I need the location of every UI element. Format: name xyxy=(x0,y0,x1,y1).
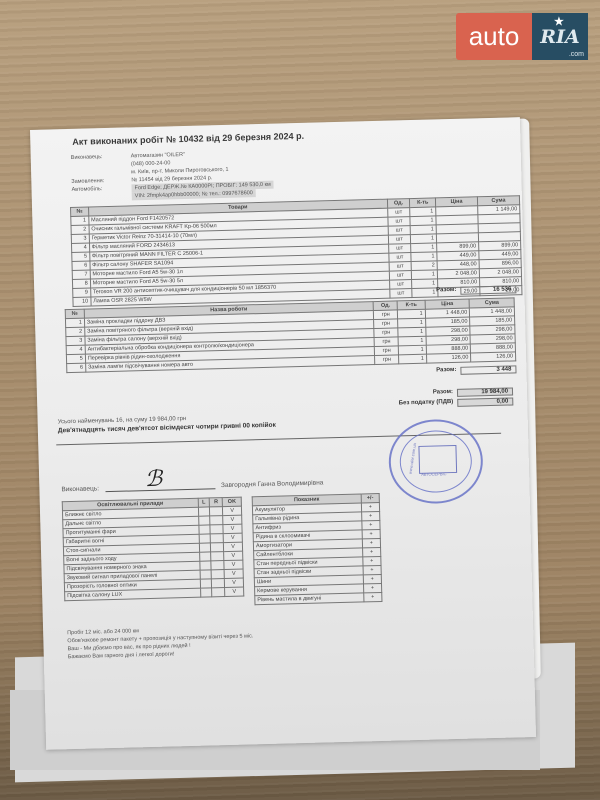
star-icon: ★ xyxy=(554,15,564,28)
work-completion-act: Акт виконаних робіт № 10432 від 29 берез… xyxy=(30,117,536,750)
company-stamp: www.oiler.com.ua АВТОСЕРВІС xyxy=(388,418,484,504)
indicators-check-table: Показник+/-Акумулятор+Гальмівна рідина+А… xyxy=(252,493,383,605)
footer-notes: Пробіг 12 міс. або 24 000 км Обов'язкове… xyxy=(67,624,254,661)
lights-check-table: Освітлювальні приладиLROKБлижнє світлоVД… xyxy=(62,497,245,602)
stamp-logo-icon xyxy=(418,445,457,474)
document-title: Акт виконаних робіт № 10432 від 29 берез… xyxy=(72,131,304,147)
works-total: Разом:3 448 xyxy=(436,365,516,375)
summary-totals: Разом:19 984,00 Без податку (ПДВ)0,00 xyxy=(398,387,513,410)
watermark-auto: auto xyxy=(456,13,532,60)
executor-signature: Виконавець: ℬ Завгородня Ганна Володимир… xyxy=(61,467,323,493)
amount-in-words: Усього найменувань 16, на суму 19 984,00… xyxy=(58,414,276,435)
signature: ℬ xyxy=(144,467,162,492)
watermark-ria: ★ RIA .com xyxy=(532,13,588,60)
autoria-watermark: auto ★ RIA .com xyxy=(456,13,588,60)
document-info: Виконавець:Автомагазин "OILER" (048) 000… xyxy=(71,144,452,202)
works-table: №Назва роботиОд.К-тьЦінаСума1Заміна прок… xyxy=(65,297,517,373)
